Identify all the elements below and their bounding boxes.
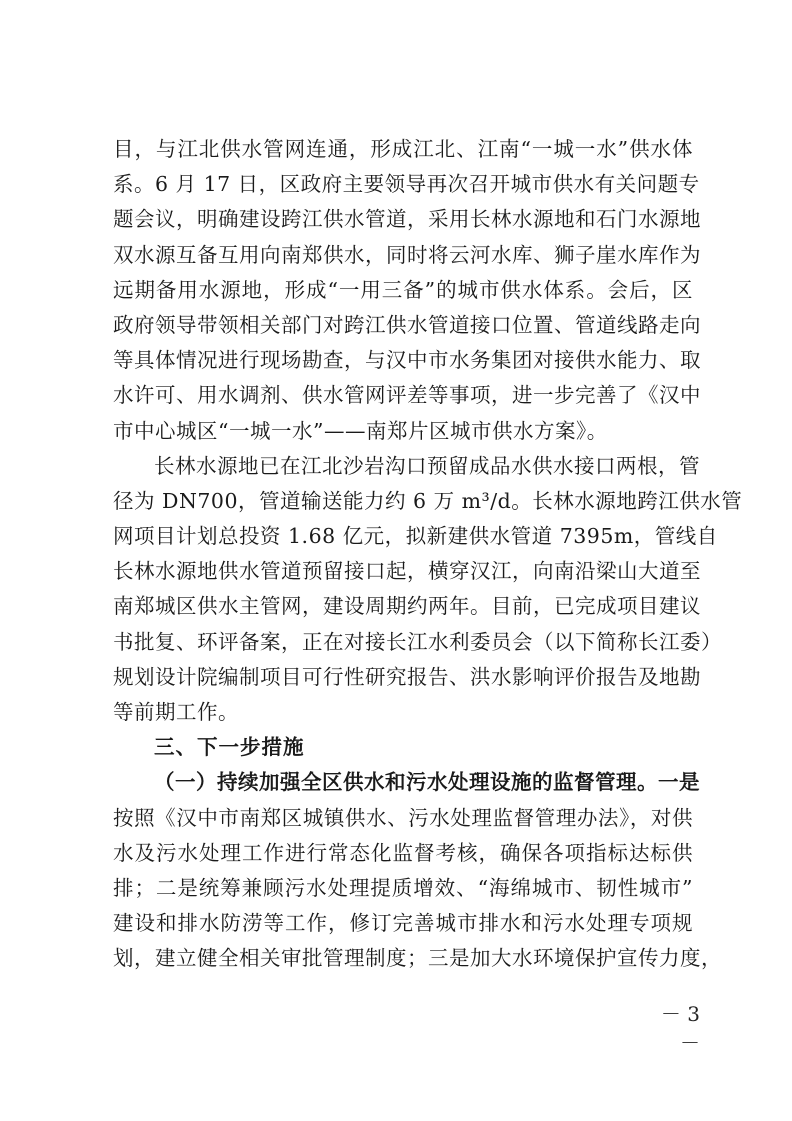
paragraph-line: 水及污水处理工作进行常态化监督考核，确保各项指标达标供	[113, 836, 693, 871]
paragraph-line: 规划设计院编制项目可行性研究报告、洪水影响评价报告及地勘	[113, 660, 693, 695]
paragraph-line: 远期备用水源地，形成“一用三备”的城市供水体系。会后，区	[113, 273, 693, 308]
paragraph-line: 市中心城区“一城一水”——南郑片区城市供水方案》。	[113, 414, 693, 449]
paragraph-line: 划，建立健全相关审批管理制度；三是加大水环境保护宣传力度，	[113, 941, 693, 976]
paragraph-line: 排；二是统筹兼顾污水处理提质增效、“海绵城市、韧性城市”	[113, 871, 693, 906]
paragraph-line: 等前期工作。	[113, 695, 693, 730]
paragraph-line: 长林水源地已在江北沙岩沟口预留成品水供水接口两根，管	[113, 449, 693, 484]
document-body: 目，与江北供水管网连通，形成江北、江南“一城一水”供水体 系。6 月 17 日，…	[113, 132, 693, 977]
paragraph-line: 水许可、用水调剂、供水管网评差等事项，进一步完善了《汉中	[113, 378, 693, 413]
paragraph-line: 南郑城区供水主管网，建设周期约两年。目前，已完成项目建议	[113, 589, 693, 624]
paragraph-line: 题会议，明确建设跨江供水管道，采用长林水源地和石门水源地	[113, 202, 693, 237]
page-number: － 3 －	[640, 998, 700, 1056]
document-page: 目，与江北供水管网连通，形成江北、江南“一城一水”供水体 系。6 月 17 日，…	[0, 0, 792, 1121]
paragraph-line: 目，与江北供水管网连通，形成江北、江南“一城一水”供水体	[113, 132, 693, 167]
paragraph-line: 政府领导带领相关部门对跨江供水管道接口位置、管道线路走向	[113, 308, 693, 343]
subsection-heading-line: （一）持续加强全区供水和污水处理设施的监督管理。一是	[113, 765, 693, 800]
paragraph-line: 等具体情况进行现场勘查，与汉中市水务集团对接供水能力、取	[113, 343, 693, 378]
paragraph-line: 按照《汉中市南郑区城镇供水、污水处理监督管理办法》，对供	[113, 801, 693, 836]
paragraph-line: 双水源互备互用向南郑供水，同时将云河水库、狮子崖水库作为	[113, 238, 693, 273]
paragraph-line: 建设和排水防涝等工作，修订完善城市排水和污水处理专项规	[113, 906, 693, 941]
paragraph-line: 径为 DN700，管道输送能力约 6 万 m³/d。长林水源地跨江供水管	[113, 484, 693, 519]
paragraph-line: 长林水源地供水管道预留接口起，横穿汉江，向南沿梁山大道至	[113, 554, 693, 589]
section-heading: 三、下一步措施	[113, 730, 693, 765]
paragraph-line: 系。6 月 17 日，区政府主要领导再次召开城市供水有关问题专	[113, 167, 693, 202]
paragraph-line: 书批复、环评备案，正在对接长江水利委员会（以下简称长江委）	[113, 625, 693, 660]
paragraph-line: 网项目计划总投资 1.68 亿元，拟新建供水管道 7395m，管线自	[113, 519, 693, 554]
